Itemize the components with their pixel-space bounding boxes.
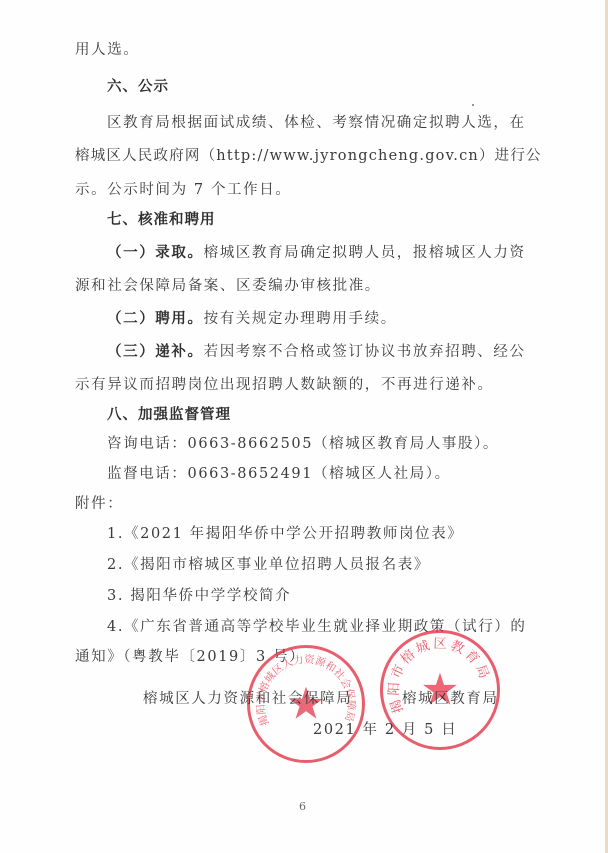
item-label: （二）聘用。 <box>107 311 204 327</box>
section-6-line-2: 榕城区人民政府网（http://www.jyrongcheng.gov.cn）进… <box>75 146 542 166</box>
section-6-line-1: 区教育局根据面试成绩、体检、考察情况确定拟聘人选，在 <box>107 113 526 133</box>
item-label: （一）录取。 <box>107 245 204 261</box>
scan-speck <box>472 104 474 106</box>
section-7-item-1-cont: 源和社会保障局备案、区委编办审核批准。 <box>75 276 381 296</box>
attachment-item: 1.《2021 年揭阳华侨中学公开招聘教师岗位表》 <box>107 524 463 544</box>
scan-speck <box>471 380 473 382</box>
item-text: 若因考察不合格或签订协议书放弃招聘、经公 <box>204 344 526 360</box>
section-heading-6: 六、公示 <box>107 77 169 97</box>
contact-consult: 咨询电话：0663-8662505（榕城区教育局人事股）。 <box>107 434 499 454</box>
item-text: 按有关规定办理聘用手续。 <box>204 311 397 327</box>
item-text: 榕城区教育局确定拟聘人员，报榕城区人力资 <box>204 245 526 261</box>
continuation-text: 用人选。 <box>75 40 139 60</box>
section-7-item-3: （三）递补。若因考察不合格或签订协议书放弃招聘、经公 <box>107 342 526 362</box>
item-label: （三）递补。 <box>107 344 204 360</box>
section-heading-8: 八、加强监督管理 <box>107 405 231 425</box>
document-page: 用人选。 六、公示 区教育局根据面试成绩、体检、考察情况确定拟聘人选，在 榕城区… <box>0 0 608 853</box>
signature-hr-bureau: 榕城区人力资源和社会保障局 <box>143 687 352 708</box>
section-7-item-3-cont: 示有异议而招聘岗位出现招聘人数缺额的，不再进行递补。 <box>75 375 494 395</box>
section-7-item-2: （二）聘用。按有关规定办理聘用手续。 <box>107 309 397 329</box>
page-number: 6 <box>299 800 306 813</box>
section-7-item-1: （一）录取。榕城区教育局确定拟聘人员，报榕城区人力资 <box>107 243 526 263</box>
attachment-item: 2.《揭阳市榕城区事业单位招聘人员报名表》 <box>107 555 430 575</box>
attachment-item: 3. 揭阳华侨中学学校简介 <box>107 586 291 606</box>
signature-date: 2021 年 2 月 5 日 <box>313 718 457 739</box>
section-6-line-3: 示。公示时间为 7 个工作日。 <box>75 180 291 200</box>
section-heading-7: 七、核准和聘用 <box>107 210 216 230</box>
contact-supervise: 监督电话：0663-8652491（榕城区人社局）。 <box>107 464 451 484</box>
attachments-label: 附件： <box>75 494 123 514</box>
signature-education-bureau: 榕城区教育局 <box>402 687 499 708</box>
